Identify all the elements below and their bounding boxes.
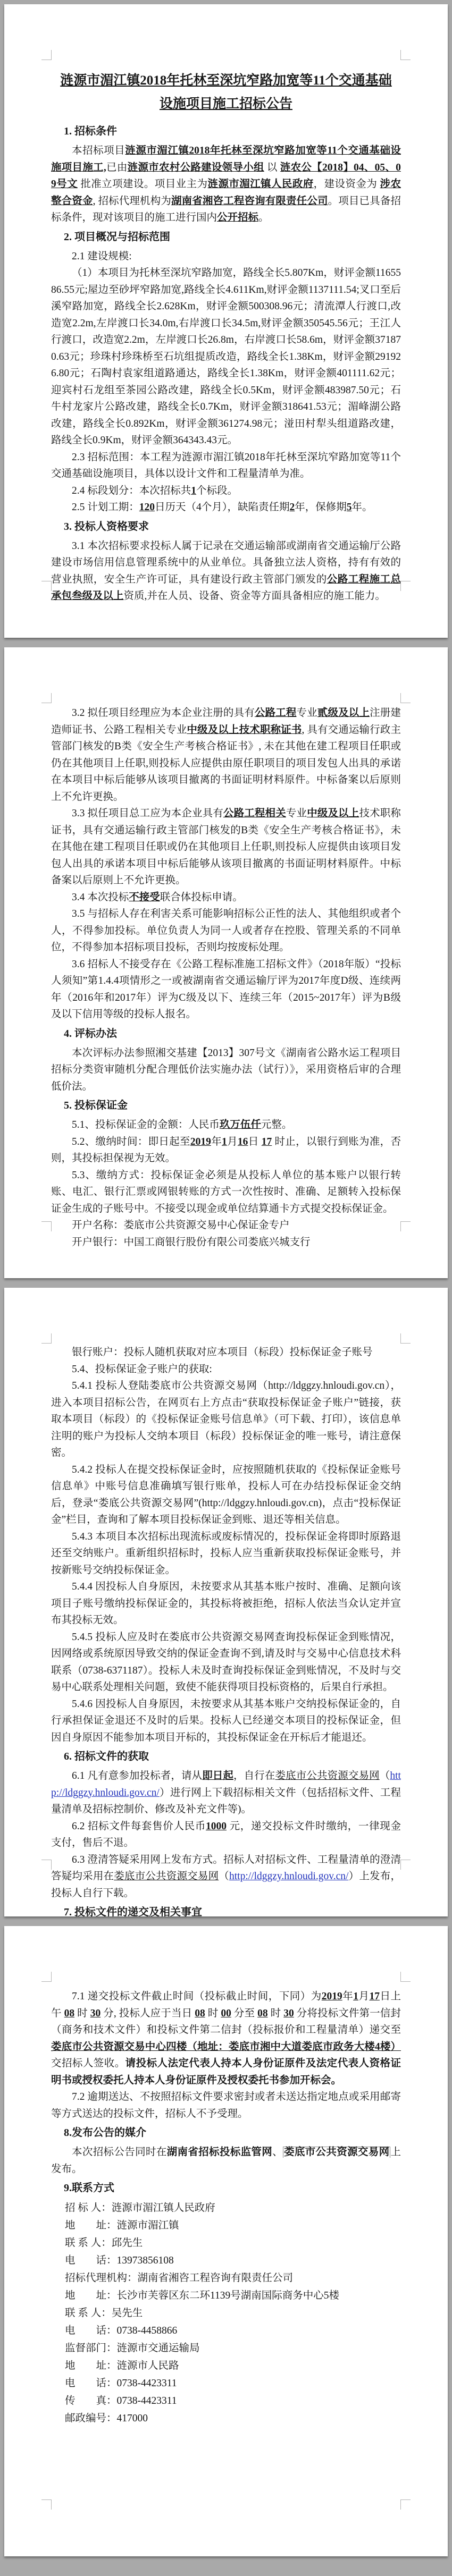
paragraph: 6.3 澄清答疑采用网上发布方式。招标人对招标文件、工程量清单的澄清答疑均采用在… [51, 1852, 401, 1902]
text-run: 涟源市农村公路建设领导小组 [128, 162, 264, 173]
contact-line: 监督部门：涟源市交通运输局 [51, 2339, 401, 2357]
text-run: 5.4.3 本项目本次招标出现流标或废标情况的，投标保证金将即时原路退还至交纳账… [51, 1531, 401, 1576]
paragraph: 5.4.4 因投标人自身原因，未按要求从其基本账户按时、准确、足额向该项目子账号… [51, 1578, 401, 1629]
crop-mark-bottom-right [400, 2499, 411, 2510]
text-run: 监督部门：涟源市交通运输局 [65, 2343, 200, 2354]
text-run: 08 [195, 2008, 205, 2019]
text-run: 电 话：13973856108 [65, 2255, 174, 2266]
paragraph: 本招标项目涟源市湄江镇2018年托林至深坑窄路加宽等11个交通基础设施项目施工,… [51, 142, 401, 226]
section-heading: 2. 项目概况与招标范围 [51, 229, 401, 246]
text-run: 本招标项目 [72, 145, 125, 156]
text-run: 不接受 [129, 892, 160, 903]
text-run: 分, 投标人应于当日 [101, 2008, 195, 2019]
text-run: 电 话：0738-4458866 [65, 2325, 177, 2336]
doc-title-line: 设施项目施工招标公告 [51, 92, 401, 116]
text-run: 30 [283, 2008, 294, 2019]
paragraph: 6.1 凡有意参加投标者，请从即日起，自行在娄底市公共资源交易网（http://… [51, 1768, 401, 1818]
text-run: 娄底市公共资源交易网 [275, 1770, 380, 1781]
contact-line: 地 址：涟源市湄江镇 [51, 2217, 401, 2234]
crop-mark-bottom-left [41, 1860, 52, 1870]
paragraph: 3.2 拟任项目经理应为本企业注册的具有公路工程专业贰级及以上注册建造师证书、公… [51, 705, 401, 805]
text-run: 2 [290, 502, 295, 513]
text-run: 技术职称证书，具有交通运输行政主管部门核发的B类《安全生产考核合格证书》，未在其… [51, 808, 401, 886]
text-run: 3.4 本次投标 [72, 892, 129, 903]
contact-line: 传 真：0738-4423311 [51, 2392, 401, 2410]
text-run: 7.1 递交投标文件截止时间（投标截止时间，下同）为 [72, 1991, 322, 2002]
crop-mark-bottom-right [400, 581, 411, 591]
contact-line: 联 系 人：邱先生 [51, 2234, 401, 2252]
text-run: 5.4、投标保证金子账户的获取: [72, 1364, 212, 1375]
page-content: 银行账户：投标人随机获取对应本项目（标段）投标保证金子账号5.4、投标保证金子账… [4, 1288, 448, 1916]
text-run: 资质,并在人员、设备、资金等方面具备相应的施工能力。 [124, 590, 386, 602]
paragraph: 5.2、缴纳时间：即日起至2019年1月16日 17 时止，以银行到账为准，否则… [51, 1134, 401, 1167]
text-run: 地 址：长沙市芙蓉区东二环1139号湖南国际商务中心5楼 [65, 2290, 339, 2301]
text-run: 传 真：0738-4423311 [65, 2395, 177, 2406]
text-run: 3.6 招标人不接受存在《公路工程标准施工招标文件》（2018年版）“投标人须知… [51, 959, 401, 1020]
text-run: 开户银行：中国工商银行股份有限公司娄底兴城支行 [72, 1237, 311, 1248]
text-run: 、 [272, 2147, 283, 2158]
section-heading: 4. 评标办法 [51, 1026, 401, 1042]
text-run: 年，保修期 [295, 502, 347, 513]
page-2: 3.2 拟任项目经理应为本企业注册的具有公路工程专业贰级及以上注册建造师证书、公… [4, 647, 448, 1278]
crop-mark-top-right [400, 693, 411, 703]
contact-line: 地 址：长沙市芙蓉区东二环1139号湖南国际商务中心5楼 [51, 2287, 401, 2304]
text-run: 开户名称：娄底市公共资源交易中心保证金专户 [72, 1220, 290, 1231]
text-run: 08 [64, 2008, 75, 2019]
crop-mark-bottom-left [41, 1221, 52, 1231]
text-run: 联合体投标申请。 [160, 892, 243, 903]
crop-mark-top-left [41, 1333, 52, 1344]
text-run: 16 [238, 1136, 248, 1147]
text-run: 地 址：涟源市湄江镇 [65, 2220, 179, 2231]
text-run: 联 系 人：吴先生 [65, 2308, 143, 2319]
paragraph: 6.2 招标文件每套售价人民币1000 元，递交投标文件时缴纳，一律现金支付，售… [51, 1818, 401, 1852]
text-run: 5.4.5 投标人应及时在娄底市公共资源交易网查询投标保证金到账情况，因网络或系… [51, 1632, 401, 1693]
text-run: （1）本项目为托林至深坑窄路加宽，路线全长5.807Km，财评金额1165586… [51, 267, 401, 446]
text-run: , 招标代理机构为 [93, 196, 171, 207]
text-run: 公路工程 [255, 707, 297, 719]
text-run: 120 [139, 502, 155, 513]
text-run: 贰级及以上 [317, 707, 370, 719]
paragraph: 5.3、缴纳方式：投标保证金必须是从投标人单位的基本账户以银行转账、电汇、银行汇… [51, 1167, 401, 1218]
crop-mark-top-left [41, 693, 52, 703]
text-run: 月 [227, 1136, 238, 1147]
text-run: 专业 [286, 808, 307, 819]
text-run: 已由 [106, 162, 128, 173]
text-run: 2.3 招标范围：本工程为涟源市湄江镇2018年托林至深坑窄路加宽等11个交通基… [51, 452, 401, 480]
text-run: 湖南省招标投标监管网 [167, 2147, 272, 2158]
page-content: 3.2 拟任项目经理应为本企业注册的具有公路工程专业贰级及以上注册建造师证书、公… [4, 647, 448, 1251]
link-url[interactable]: http://ldggzy.hnloudi.gov.cn/ [229, 1871, 348, 1882]
paragraph: 3.6 招标人不接受存在《公路工程标准施工招标文件》（2018年版）“投标人须知… [51, 956, 401, 1023]
text-run: 时 [74, 2008, 90, 2019]
text-run: 2.5 计划工期： [72, 502, 139, 513]
text-run: 时 [268, 2008, 284, 2019]
text-run: 6.1 凡有意参加投标者，请从 [72, 1770, 202, 1781]
crop-mark-bottom-right [400, 1860, 411, 1870]
paragraph: 本次评标办法参照湘交基建【2013】307号文《湖南省公路水运工程项目招标分类资… [51, 1045, 401, 1095]
paragraph: 5.4.6 因投标人自身原因，未按要求从其基本账户交纳投标保证金的，自行承担保证… [51, 1696, 401, 1746]
crop-mark-top-left [41, 50, 52, 60]
text-run: 30 [90, 2008, 101, 2019]
paragraph: 7.2 逾期送达、不按照招标文件要求密封或者未送达指定地点或采用邮寄等方式送达的… [51, 2089, 401, 2122]
text-run: 本次评标办法参照湘交基建【2013】307号文《湖南省公路水运工程项目招标分类资… [51, 1048, 401, 1092]
text-run: 日 [248, 1136, 261, 1147]
text-run: 本次招标公告同时在 [72, 2147, 167, 2158]
text-run: 公路工程相关 [223, 808, 286, 819]
text-run: 元整。 [261, 1119, 292, 1130]
text-run: 00 [221, 2008, 231, 2019]
text-run: 电 话：0738-4423311 [65, 2378, 177, 2389]
text-run: 17 [262, 1136, 272, 1147]
text-run: 日历天（4个月），缺陷责任期 [155, 502, 290, 513]
text-run: 时 [205, 2008, 221, 2019]
contact-line: 联 系 人：吴先生 [51, 2304, 401, 2322]
section-heading: 3. 投标人资格要求 [51, 519, 401, 535]
paragraph: （1）本项目为托林至深坑窄路加宽，路线全长5.807Km，财评金额1165586… [51, 265, 401, 449]
paragraph: 5.4、投标保证金子账户的获取: [51, 1361, 401, 1378]
text-run: 5.1、投标保证金的金额：人民币 [72, 1119, 220, 1130]
crop-mark-bottom-left [41, 2499, 52, 2510]
text-run: 7.2 逾期送达、不按照招标文件要求密封或者未送达指定地点或采用邮寄等方式送达的… [51, 2091, 401, 2119]
text-run: 专业 [297, 707, 317, 719]
paragraph: 3.3 拟任项目总工应为本企业具有公路工程相关专业中级及以上技术职称证书，具有交… [51, 805, 401, 889]
paragraph: 开户名称：娄底市公共资源交易中心保证金专户 [51, 1217, 401, 1234]
text-run: 分至 [231, 2008, 257, 2019]
paragraph: 开户银行：中国工商银行股份有限公司娄底兴城支行 [51, 1234, 401, 1251]
page-1: 涟源市湄江镇2018年托林至深坑窄路加宽等11个交通基础设施项目施工招标公告1.… [4, 4, 448, 638]
paragraph: 银行账户：投标人随机获取对应本项目（标段）投标保证金子账号 [51, 1344, 401, 1361]
doc-title: 涟源市湄江镇2018年托林至深坑窄路加宽等11个交通基础设施项目施工招标公告 [51, 69, 401, 116]
text-run: 1 [353, 1991, 358, 2002]
crop-mark-top-left [41, 1972, 52, 1982]
text-run: 中级及以上 [307, 808, 359, 819]
paragraph: 5.1、投标保证金的金额：人民币玖万伍仟元整。 [51, 1117, 401, 1134]
text-run: ，自行在 [233, 1770, 275, 1781]
text-run: 年 [211, 1136, 222, 1147]
paragraph: 5.4.2 投标人在提交投标保证金时，应按照随机获取的《投标保证金账号信息单》中… [51, 1462, 401, 1528]
text-run: 玖万伍仟 [220, 1119, 261, 1130]
text-run: 5 [347, 502, 352, 513]
section-heading: 5. 投标保证金 [51, 1097, 401, 1114]
paragraph: 2.4 标段划分：本次招标共1个标段。 [51, 483, 401, 500]
text-run: 年。 [352, 502, 373, 513]
section-heading: 8.发布公告的媒介 [51, 2125, 401, 2141]
text-run: 批准立项建设。项目业主为 [78, 179, 207, 190]
contact-line: 电 话：0738-4458866 [51, 2322, 401, 2339]
text-run: 2019 [322, 1991, 342, 2002]
text-run: 联 系 人：邱先生 [65, 2237, 143, 2249]
contact-line: 地 址：涟源市人民路 [51, 2357, 401, 2375]
text-run: 招 标 人：涟源市湄江镇人民政府 [65, 2202, 215, 2214]
text-run: 娄底市公共资源交易网 [114, 1871, 219, 1882]
paragraph: 3.1 本次招标要求投标人属于记录在交通运输部或湖南省交通运输厅公路建设市场信用… [51, 538, 401, 605]
doc-title-line: 涟源市湄江镇2018年托林至深坑窄路加宽等11个交通基础 [51, 69, 401, 92]
text-run: 5.4.1 投标人登陆娄底市公共资源交易网（http://ldggzy.hnlo… [51, 1380, 401, 1458]
text-run: 1 [191, 485, 196, 496]
text-run: 以 [264, 162, 280, 173]
paragraph: 3.5 与招标人存在利害关系可能影响招标公正性的法人、其他组织或者个人，不得参加… [51, 906, 401, 956]
text-run: 中级及以上技术职称证书 [187, 724, 302, 736]
text-run: 5.4.2 投标人在提交投标保证金时，应按照随机获取的《投标保证金账号信息单》中… [51, 1464, 401, 1526]
paragraph: 2.5 计划工期：120日历天（4个月），缺陷责任期2年，保修期5年。 [51, 499, 401, 516]
section-heading: 6. 招标文件的获取 [51, 1749, 401, 1765]
text-run: 娄底市公共资源交易网 [283, 2147, 390, 2158]
text-run: 招标代理机构：湖南省湘咨工程咨询有限责任公司 [65, 2273, 293, 2284]
text-run: 邮政编号：417000 [65, 2413, 148, 2424]
text-run: 1000 [206, 1821, 227, 1832]
section-heading: 9.联系方式 [51, 2180, 401, 2197]
page-4: 7.1 递交投标文件截止时间（投标截止时间，下同）为2019年1月17日上午 0… [4, 1926, 448, 2556]
contact-line: 招标代理机构：湖南省湘咨工程咨询有限责任公司 [51, 2269, 401, 2287]
text-run: 银行账户：投标人随机获取对应本项目（标段）投标保证金子账号 [72, 1347, 373, 1358]
text-run: 湖南省湘咨工程咨询有限责任公司 [171, 196, 328, 207]
text-run: 5.2、缴纳时间：即日起至 [72, 1136, 190, 1147]
text-run: ，建设资金为 [314, 179, 380, 190]
crop-mark-top-right [400, 50, 411, 60]
text-run: （ [380, 1770, 390, 1781]
contact-line: 电 话：0738-4423311 [51, 2375, 401, 2392]
text-run: 即日起 [202, 1770, 233, 1781]
contact-line: 邮政编号：417000 [51, 2410, 401, 2427]
text-run: 2019 [190, 1136, 211, 1147]
text-run: 6.2 招标文件每套售价人民币 [72, 1821, 206, 1832]
text-run: 2.4 标段划分：本次招标共 [72, 485, 191, 496]
text-run: , 具有交通运输行政主管部门核发的B类《安全生产考核合格证书》, 未在其他在建工… [51, 724, 401, 803]
paragraph: 7.1 递交投标文件截止时间（投标截止时间，下同）为2019年1月17日上午 0… [51, 1988, 401, 2089]
text-run: 1 [222, 1136, 227, 1147]
text-run: 个标段。 [196, 485, 238, 496]
paragraph: 本次招标公告同时在湖南省招标投标监管网、娄底市公共资源交易网上发布。 [51, 2144, 401, 2177]
text-run: 08 [257, 2008, 268, 2019]
crop-mark-top-right [400, 1333, 411, 1344]
text-run: 3.2 拟任项目经理应为本企业注册的具有 [72, 707, 255, 719]
paragraph: 5.4.3 本项目本次招标出现流标或废标情况的，投标保证金将即时原路退还至交纳账… [51, 1528, 401, 1579]
crop-mark-bottom-right [400, 1221, 411, 1231]
text-run: 月 [358, 1991, 370, 2002]
text-run: 地 址：涟源市人民路 [65, 2360, 179, 2371]
text-run: 3.3 拟任项目总工应为本企业具有 [72, 808, 223, 819]
contact-line: 招 标 人：涟源市湄江镇人民政府 [51, 2199, 401, 2217]
text-run: 娄底市公共资源交易中心四楼（地址：娄底市湘中大道娄底市政务大楼4楼） [51, 2041, 401, 2053]
text-run: 年 [342, 1991, 354, 2002]
text-run: 5.4.4 因投标人自身原因，未按要求从其基本账户按时、准确、足额向该项目子账号… [51, 1581, 401, 1626]
page-3: 银行账户：投标人随机获取对应本项目（标段）投标保证金子账号5.4、投标保证金子账… [4, 1288, 448, 1916]
crop-mark-bottom-left [41, 581, 52, 591]
text-run: 涟源市湄江镇人民政府 [207, 179, 313, 190]
crop-mark-top-right [400, 1972, 411, 1982]
text-run: 3.5 与招标人存在利害关系可能影响招标公正性的法人、其他组织或者个人，不得参加… [51, 908, 401, 953]
paragraph: 2.1 建设规模: [51, 248, 401, 265]
document: 涟源市湄江镇2018年托林至深坑窄路加宽等11个交通基础设施项目施工招标公告1.… [0, 0, 452, 2576]
section-heading: 1. 招标条件 [51, 123, 401, 140]
page-content: 涟源市湄江镇2018年托林至深坑窄路加宽等11个交通基础设施项目施工招标公告1.… [4, 4, 448, 605]
text-run: 2.1 建设规模: [72, 251, 132, 262]
contact-line: 电 话：13973856108 [51, 2252, 401, 2269]
page-content: 7.1 递交投标文件截止时间（投标截止时间，下同）为2019年1月17日上午 0… [4, 1926, 448, 2427]
text-run: 公开招标 [217, 212, 258, 223]
text-run: 5.4.6 因投标人自身原因，未按要求从其基本账户交纳投标保证金的，自行承担保证… [51, 1699, 401, 1743]
text-run: （ [219, 1871, 229, 1882]
text-run: 5.3、缴纳方式：投标保证金必须是从投标人单位的基本账户以银行转账、电汇、银行汇… [51, 1170, 401, 1214]
paragraph: 2.3 招标范围：本工程为涟源市湄江镇2018年托林至深坑窄路加宽等11个交通基… [51, 449, 401, 483]
text-run: 17 [369, 1991, 380, 2002]
text-run: 交招标人签收。 [51, 2058, 125, 2069]
text-run: 。 [258, 212, 269, 223]
paragraph: 5.4.5 投标人应及时在娄底市公共资源交易网查询投标保证金到账情况，因网络或系… [51, 1629, 401, 1696]
paragraph: 5.4.1 投标人登陆娄底市公共资源交易网（http://ldggzy.hnlo… [51, 1378, 401, 1462]
section-heading: 7. 投标文件的递交及相关事宜 [51, 1904, 401, 1916]
paragraph: 3.4 本次投标不接受联合体投标申请。 [51, 889, 401, 906]
